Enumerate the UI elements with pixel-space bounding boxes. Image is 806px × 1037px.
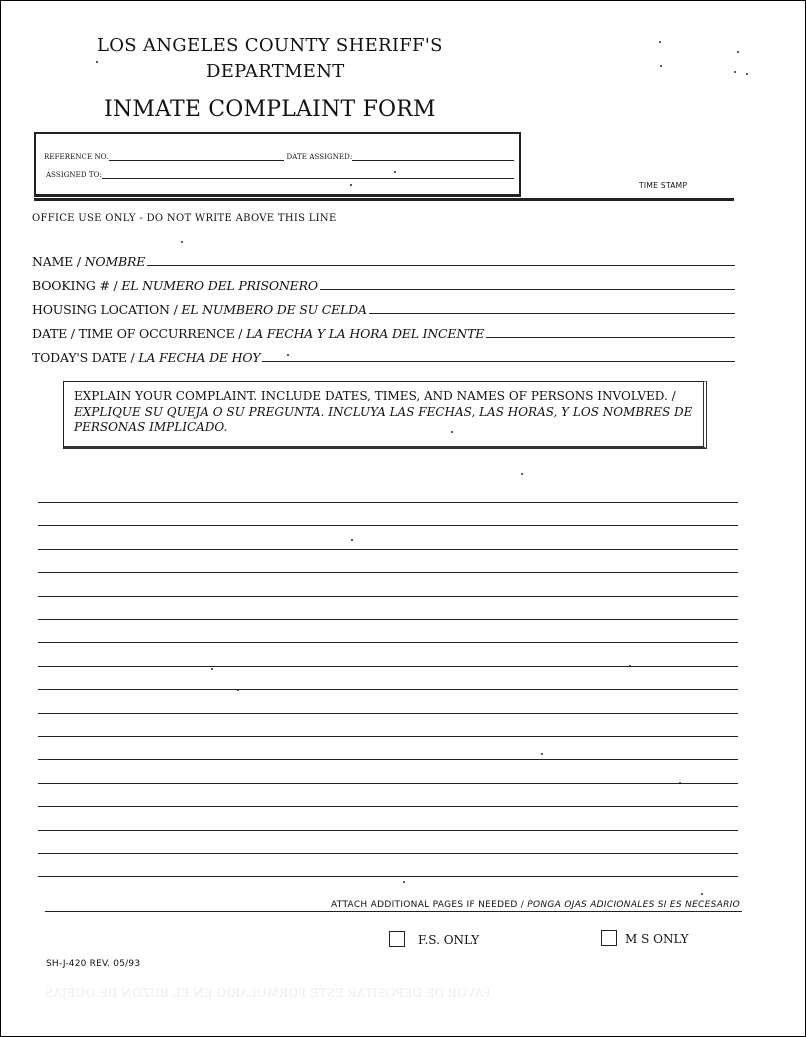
complaint-line[interactable]	[38, 619, 738, 620]
complaint-line[interactable]	[38, 713, 738, 714]
speck	[659, 41, 661, 43]
complaint-line[interactable]	[38, 596, 738, 597]
reference-no-field[interactable]	[109, 151, 284, 161]
complaint-line[interactable]	[38, 783, 738, 784]
field-label: BOOKING # / EL NUMERO DEL PRISONERO	[32, 278, 318, 293]
reference-no-label: REFERENCE NO.	[44, 153, 109, 161]
complaint-line[interactable]	[38, 572, 738, 573]
agency-department: DEPARTMENT	[206, 61, 345, 82]
speck	[701, 893, 703, 895]
fs-only-option[interactable]: F.S. ONLY	[389, 931, 479, 947]
form-title: INMATE COMPLAINT FORM	[104, 97, 436, 122]
instructions-spanish: EXPLIQUE SU QUEJA O SU PREGUNTA. INCLUYA…	[74, 405, 693, 436]
attach-pages-line: ATTACH ADDITIONAL PAGES IF NEEDED / PONG…	[45, 895, 742, 912]
complaint-line[interactable]	[38, 642, 738, 643]
field-row: NAME / NOMBRE	[32, 249, 735, 269]
office-use-divider	[34, 198, 734, 201]
complaint-line[interactable]	[38, 689, 738, 690]
attach-pages-note: ATTACH ADDITIONAL PAGES IF NEEDED / PONG…	[331, 900, 740, 910]
field-label: DATE / TIME OF OCCURRENCE / LA FECHA Y L…	[32, 326, 484, 341]
complaint-line[interactable]	[38, 759, 738, 760]
office-use-note: OFFICE USE ONLY - DO NOT WRITE ABOVE THI…	[32, 213, 337, 224]
fs-only-checkbox[interactable]	[389, 931, 405, 947]
speck	[737, 51, 739, 53]
speck	[237, 689, 239, 691]
field-input-line[interactable]	[369, 312, 735, 314]
complaint-line[interactable]	[38, 830, 738, 831]
field-input-line[interactable]	[486, 336, 735, 338]
field-label: HOUSING LOCATION / EL NUMBERO DE SU CELD…	[32, 302, 367, 317]
complaint-line[interactable]	[38, 525, 738, 526]
speck	[287, 354, 289, 356]
speck	[629, 665, 631, 667]
date-assigned-label: DATE ASSIGNED:	[287, 153, 353, 161]
field-input-line[interactable]	[262, 360, 735, 362]
date-assigned-field[interactable]	[352, 151, 514, 161]
assigned-to-label: ASSIGNED TO:	[46, 171, 102, 179]
speck	[211, 668, 213, 670]
form-id: SH-J-420 REV. 05/93	[46, 959, 140, 969]
instructions-box: EXPLAIN YOUR COMPLAINT. INCLUDE DATES, T…	[63, 381, 707, 449]
instructions-english: EXPLAIN YOUR COMPLAINT. INCLUDE DATES, T…	[74, 389, 693, 405]
speck	[746, 73, 748, 75]
complaint-line[interactable]	[38, 666, 738, 667]
office-use-box: REFERENCE NO. DATE ASSIGNED: ASSIGNED TO…	[34, 132, 521, 197]
speck	[351, 539, 353, 541]
field-input-line[interactable]	[147, 264, 735, 266]
field-label: NAME / NOMBRE	[32, 254, 145, 269]
complaint-line[interactable]	[38, 549, 738, 550]
speck	[181, 241, 183, 243]
complaint-form-page: LOS ANGELES COUNTY SHERIFF'S DEPARTMENT …	[0, 0, 806, 1037]
complaint-line[interactable]	[38, 876, 738, 877]
field-input-line[interactable]	[320, 288, 735, 290]
complaint-line[interactable]	[38, 736, 738, 737]
speck	[541, 753, 543, 755]
bleedthrough-text: FAVOR DE DEPOSITAR ESTE FORMULARIO EN EL…	[45, 986, 491, 1000]
complaint-line[interactable]	[38, 853, 738, 854]
field-row: TODAY'S DATE / LA FECHA DE HOY	[32, 345, 735, 365]
ms-only-option[interactable]: M S ONLY	[601, 930, 689, 946]
speck	[350, 184, 352, 186]
speck	[521, 473, 523, 475]
complaint-line[interactable]	[38, 502, 738, 503]
speck	[451, 431, 453, 433]
complaint-line[interactable]	[38, 806, 738, 807]
ms-only-checkbox[interactable]	[601, 930, 617, 946]
field-row: HOUSING LOCATION / EL NUMBERO DE SU CELD…	[32, 297, 735, 317]
speck	[734, 71, 736, 73]
agency-name: LOS ANGELES COUNTY SHERIFF'S	[97, 35, 443, 56]
speck	[660, 65, 662, 67]
fs-only-label: F.S. ONLY	[418, 933, 479, 947]
ms-only-label: M S ONLY	[625, 932, 689, 946]
field-label: TODAY'S DATE / LA FECHA DE HOY	[32, 350, 260, 365]
time-stamp-label: TIME STAMP	[639, 181, 687, 190]
speck	[403, 881, 405, 883]
assigned-to-field[interactable]	[102, 169, 514, 179]
speck	[394, 171, 396, 173]
speck	[96, 61, 98, 63]
field-row: BOOKING # / EL NUMERO DEL PRISONERO	[32, 273, 735, 293]
field-row: DATE / TIME OF OCCURRENCE / LA FECHA Y L…	[32, 321, 735, 341]
speck	[679, 782, 681, 784]
